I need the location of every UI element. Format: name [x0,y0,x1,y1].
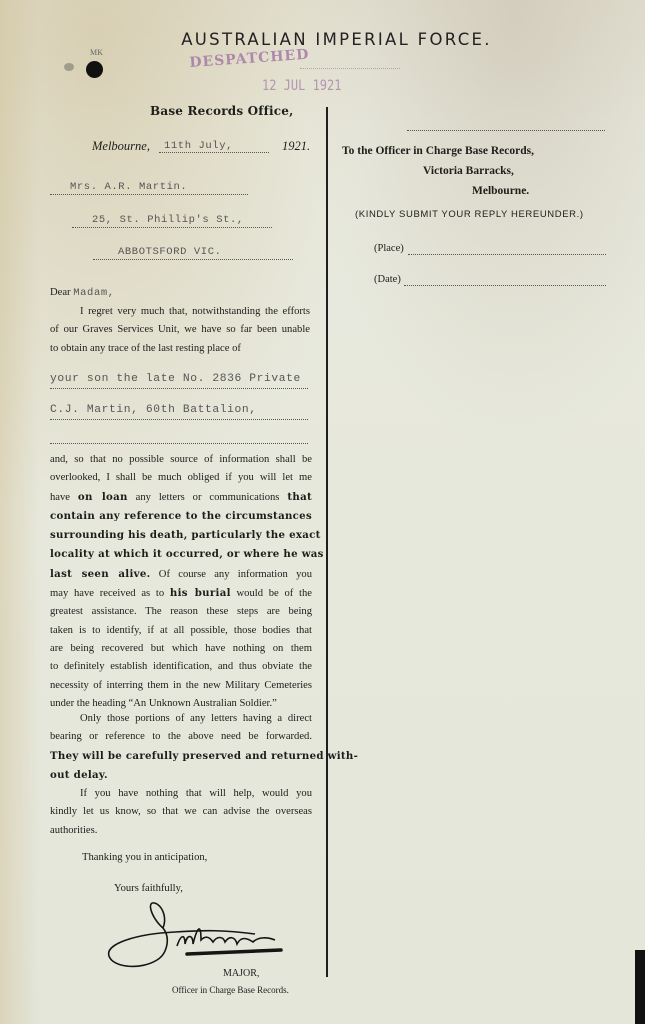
text-line: bearing or reference to the above need b… [50,728,312,746]
text-line: If you have nothing that will help, woul… [50,785,312,803]
subject-line-1: your son the late No. 2836 Private [50,373,308,389]
letter-year: 1921. [282,139,310,154]
addressee-street-field: 25, St. Phillip's St., [72,214,272,228]
text-run: Of course any information you [151,569,313,580]
addressee-name: Mrs. A.R. Martin. [70,181,187,193]
dotted-line [50,443,308,444]
emphasis-text: last seen alive. [50,568,151,580]
date-field-label: (Date) [374,274,401,285]
text-run: have [50,492,78,503]
emphasis-text: on loan [78,491,128,503]
text-run: overlooked, I shall be much obliged if y… [50,472,312,483]
punch-hole-shadow [64,63,74,71]
reply-city: Melbourne. [472,185,529,197]
dotted-line [50,194,248,195]
dotted-line [50,419,308,420]
text-line: taken is to identify, if at all possible… [50,622,312,640]
dotted-line [72,227,272,228]
document-title: AUSTRALIAN IMPERIAL FORCE. [0,30,645,49]
dotted-line [408,254,606,255]
paragraph-1: I regret very much that, notwithstanding… [50,303,310,358]
salutation-typed: Madam, [73,287,114,299]
text-run: Only those portions of any letters havin… [80,713,312,724]
place-label: Melbourne, [92,139,150,154]
paragraph-3: Only those portions of any letters havin… [50,710,312,785]
despatched-stamp: DESPATCHED [189,47,310,71]
text-line: are being recovered but which have nothi… [50,640,312,658]
margin-annotation: MK [90,48,103,57]
dotted-line [93,259,293,260]
text-line: to definitely establish identification, … [50,658,312,676]
scan-edge-shadow [635,950,645,1024]
text-run: and, so that no possible source of infor… [50,454,312,465]
text-line: overlooked, I shall be much obliged if y… [50,469,312,487]
column-divider [326,107,328,977]
date-typed: 11th July, [164,140,233,152]
subject-typed-2: C.J. Martin, 60th Battalion, [50,404,257,416]
text-line: have on loan any letters or communicatio… [50,488,312,507]
closing-line: Thanking you in anticipation, [82,849,207,867]
emphasis-text: They will be carefully preserved and ret… [50,750,358,762]
paragraph-4: If you have nothing that will help, woul… [50,785,312,840]
text-run: bearing or reference to the above need b… [50,731,312,742]
dotted-line [404,285,606,286]
text-line: contain any reference to the circumstanc… [50,507,312,526]
text-run: under the heading “An Unknown Australian… [50,698,277,709]
text-run: necessity of interring them in the new M… [50,680,312,691]
salutation: Dear Madam, [50,284,115,302]
punch-hole [84,59,106,81]
subject-typed-1: your son the late No. 2836 Private [50,373,301,385]
dotted-line [50,388,308,389]
emphasis-text: locality at which it occurred, or where … [50,548,324,560]
addressee-town: ABBOTSFORD VIC. [118,246,222,258]
emphasis-text: that [287,491,312,503]
addressee-name-field: Mrs. A.R. Martin. [50,181,248,195]
salutation-printed: Dear [50,287,71,298]
text-line: kindly let us know, so that we can advis… [50,803,312,821]
emphasis-text: his burial [170,587,231,599]
text-run: taken is to identify, if at all possible… [50,625,312,636]
text-line: and, so that no possible source of infor… [50,451,312,469]
text-run: may have received as to [50,588,170,599]
text-run: to definitely establish identification, … [50,661,312,672]
text-line: to obtain any trace of the last resting … [50,340,310,358]
text-line: may have received as to his burial would… [50,584,312,603]
text-line: I regret very much that, notwithstanding… [50,303,310,321]
text-line: Only those portions of any letters havin… [50,710,312,728]
subject-line-3 [50,430,308,444]
reply-instruction: (KINDLY SUBMIT YOUR REPLY HEREUNDER.) [355,209,584,220]
text-run: greatest assistance. The reason these st… [50,606,312,617]
text-line: of our Graves Services Unit, we have so … [50,321,310,339]
addressee-street: 25, St. Phillip's St., [92,214,244,226]
reply-date-field[interactable]: (Date) [374,274,606,288]
reply-address-line [407,130,605,131]
subject-line-2: C.J. Martin, 60th Battalion, [50,404,308,420]
signature [105,898,295,978]
paragraph-2: and, so that no possible source of infor… [50,451,312,713]
text-run: any letters or communications [128,492,288,503]
text-line: greatest assistance. The reason these st… [50,603,312,621]
text-line: last seen alive. Of course any informati… [50,565,312,584]
signatory-position: Officer in Charge Base Records. [172,981,289,999]
text-line: authorities. [50,822,312,840]
emphasis-text: surrounding his death, particularly the … [50,529,321,541]
text-run: are being recovered but which have nothi… [50,643,312,654]
valediction: Yours faithfully, [114,880,183,898]
text-line: locality at which it occurred, or where … [50,545,312,564]
addressee-town-field: ABBOTSFORD VIC. [93,246,293,260]
document-page: AUSTRALIAN IMPERIAL FORCE. MK DESPATCHED… [0,0,645,1024]
text-line: They will be carefully preserved and ret… [50,747,312,766]
text-run: would be of the [231,588,312,599]
text-line: necessity of interring them in the new M… [50,677,312,695]
reply-barracks: Victoria Barracks, [423,165,514,177]
stamp-underline [300,62,400,69]
emphasis-text: out delay. [50,769,108,781]
stamp-date: 12 JUL 1921 [262,77,341,94]
letter-date-row: Melbourne, 11th July, 1921. [92,139,317,155]
date-dotted-line [159,152,269,153]
office-heading: Base Records Office, [150,104,294,118]
emphasis-text: contain any reference to the circumstanc… [50,510,312,522]
place-field-label: (Place) [374,243,404,254]
reply-to-line: To the Officer in Charge Base Records, [342,145,534,157]
text-line: surrounding his death, particularly the … [50,526,312,545]
reply-place-field[interactable]: (Place) [374,243,606,257]
text-line: out delay. [50,766,312,785]
